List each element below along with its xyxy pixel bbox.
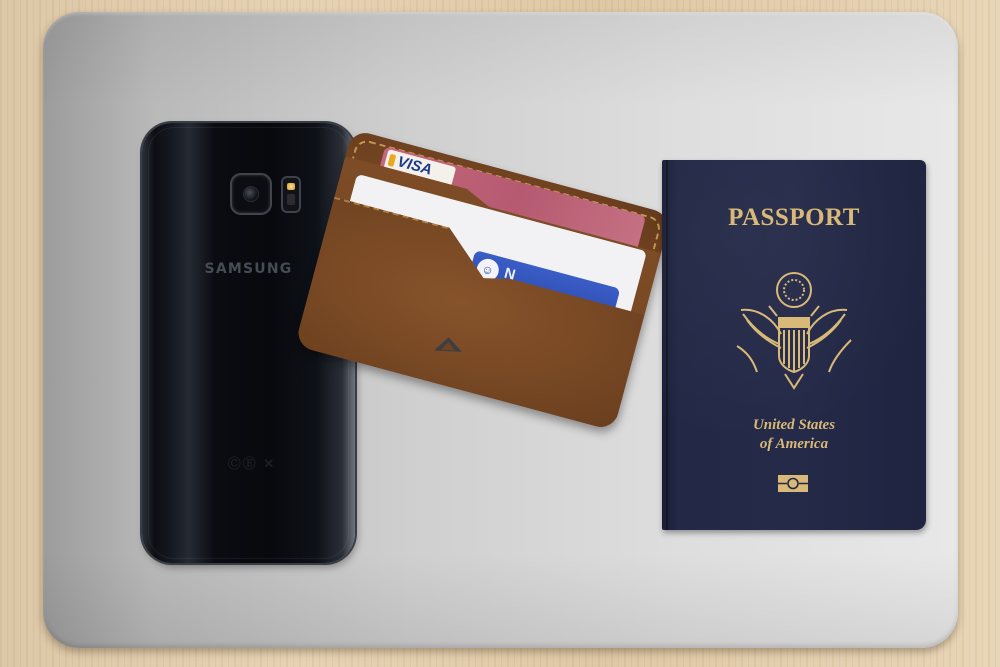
eagle-seal-icon xyxy=(729,268,859,392)
country-line-1: United States xyxy=(662,416,926,435)
passport-country: United States of America xyxy=(662,416,926,454)
passport-title: PASSPORT xyxy=(662,204,926,232)
heart-rate-sensor xyxy=(287,194,295,205)
camera-icon xyxy=(230,173,272,215)
country-line-2: of America xyxy=(662,435,926,454)
brand-chevron-icon xyxy=(434,336,463,351)
passport: PASSPORT United States of America xyxy=(662,160,926,530)
flash-led xyxy=(287,183,295,190)
camera-lens xyxy=(243,186,259,202)
regulatory-marks: ⒸⒺ ✕ xyxy=(212,453,292,473)
flash-icon xyxy=(281,176,301,213)
biometric-chip-icon xyxy=(778,475,808,492)
